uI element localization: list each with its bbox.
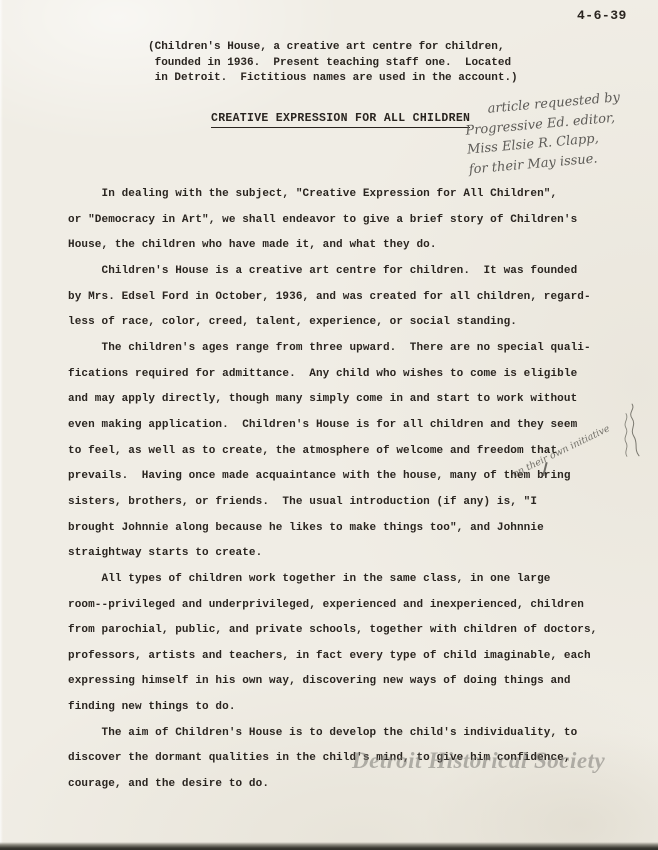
archive-watermark: Detroit Historical Society — [352, 748, 605, 774]
page-left-edge — [0, 0, 3, 850]
page-bottom-edge-shadow — [0, 842, 658, 850]
handwritten-scribble — [591, 398, 658, 467]
page-title: CREATIVE EXPRESSION FOR ALL CHILDREN — [211, 112, 470, 128]
page-date: 4-6-39 — [577, 8, 627, 23]
handwritten-request-annotation: article requested by Progressive Ed. edi… — [463, 84, 658, 179]
scanned-typewritten-page: 4-6-39 (Children's House, a creative art… — [0, 0, 658, 850]
header-parenthetical-note: (Children's House, a creative art centre… — [148, 40, 518, 87]
body-text: In dealing with the subject, "Creative E… — [68, 182, 597, 798]
